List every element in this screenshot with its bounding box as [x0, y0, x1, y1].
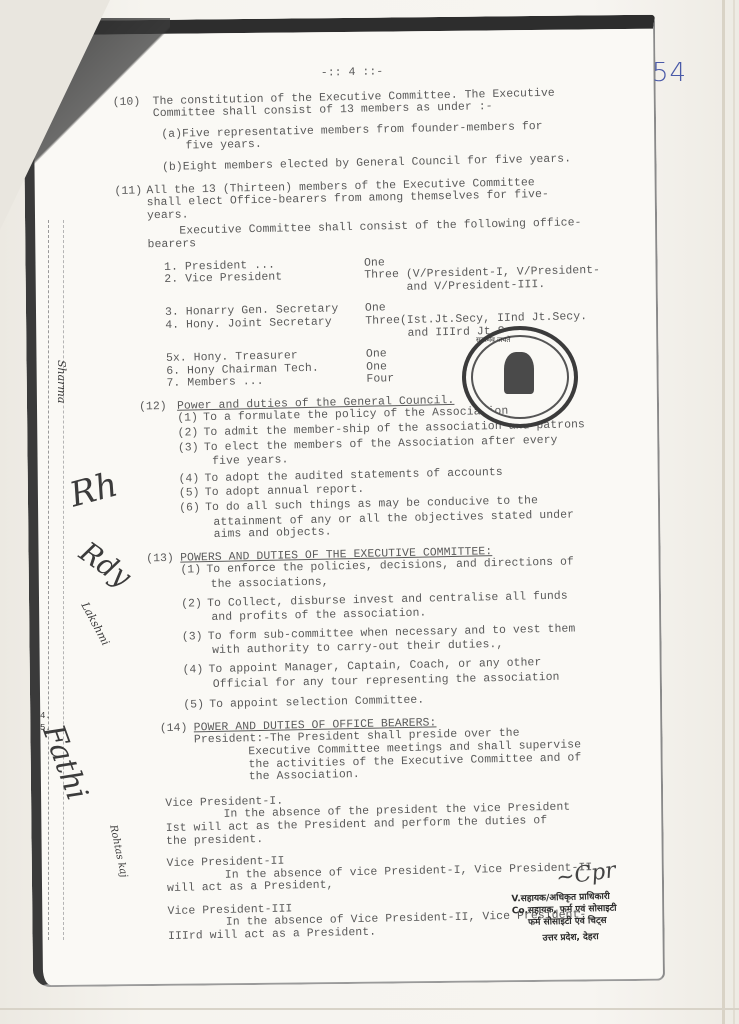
margin-signature: Sharma	[55, 360, 68, 403]
margin-lines	[48, 220, 64, 940]
margin-note: 4. 5.	[40, 710, 51, 734]
clause-number: (13)	[146, 552, 180, 565]
vice-president-1-duties: Vice President-I. In the absence of the …	[161, 788, 638, 848]
executive-committee-duties: (1)To enforce the policies, decisions, a…	[146, 556, 635, 713]
seal-text: सत्यमेव जयते	[476, 336, 510, 345]
document-body: -:: 4 ::- (10) The constitution of the E…	[112, 61, 640, 954]
page-edge	[0, 1008, 739, 1010]
registrar-stamp: V.सहायक/अधिकृत प्राधिकारी Co.सहायक, फर्म…	[511, 891, 617, 946]
clause-13: (13) POWERS AND DUTIES OF THE EXECUTIVE …	[146, 543, 635, 713]
general-council-duties: (1)To a formulate the policy of the Asso…	[139, 404, 632, 544]
emblem-icon	[504, 352, 534, 394]
clause-number: (14)	[160, 722, 194, 735]
folded-corner	[0, 0, 110, 230]
president-duties: President:-The President shall preside o…	[160, 726, 637, 786]
clause-number: (11)	[114, 185, 146, 198]
list-item: (5)To appoint selection Committee.	[183, 690, 635, 712]
page-edge	[722, 0, 725, 1024]
official-seal: सत्यमेव जयते	[462, 326, 578, 428]
handwritten-page-number: 54	[652, 58, 687, 88]
clause-number: (12)	[139, 401, 177, 414]
page-edge	[733, 0, 735, 1024]
clause-10: (10) The constitution of the Executive C…	[113, 86, 625, 176]
clause-number: (10)	[113, 96, 153, 109]
sub-clause-b: (b)Eight members elected by General Coun…	[114, 152, 624, 175]
